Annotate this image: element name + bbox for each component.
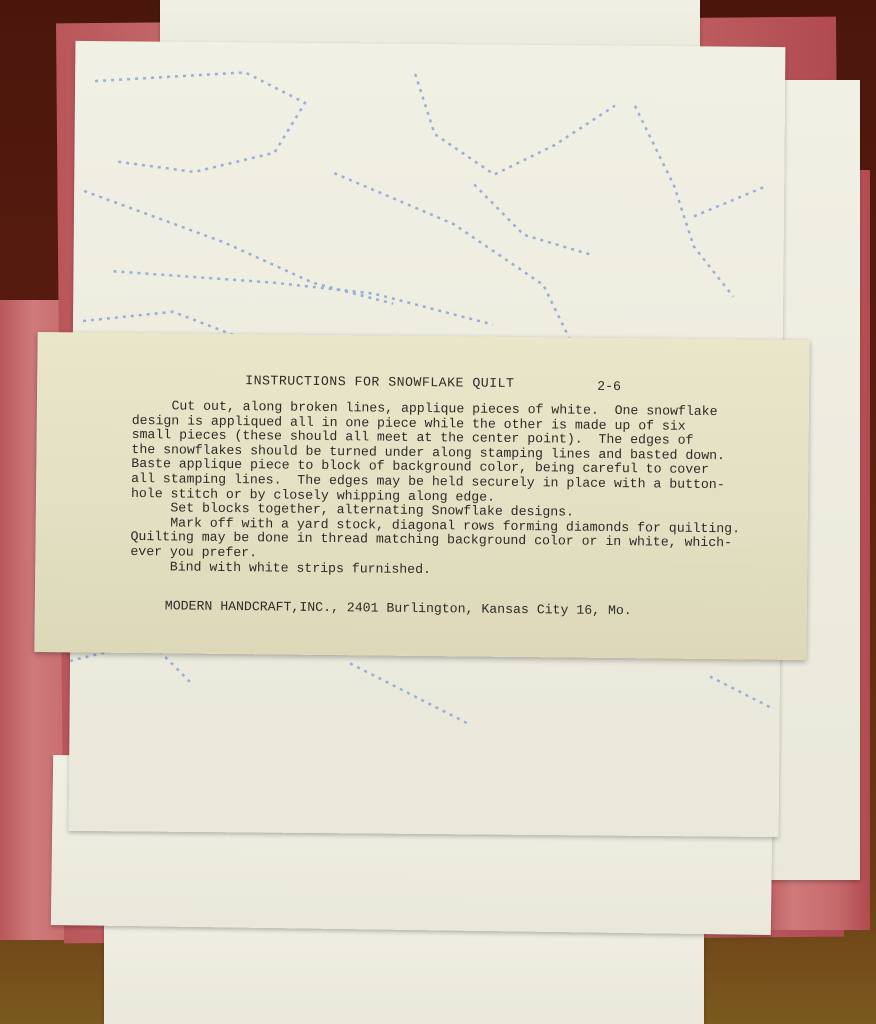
label-code: 2-6 [597, 380, 621, 395]
instruction-label: INSTRUCTIONS FOR SNOWFLAKE QUILT 2-6 Cut… [34, 332, 809, 660]
label-body: Cut out, along broken lines, applique pi… [130, 399, 741, 580]
label-title: INSTRUCTIONS FOR SNOWFLAKE QUILT [245, 374, 514, 391]
label-footer: MODERN HANDCRAFT,INC., 2401 Burlington, … [165, 599, 632, 618]
